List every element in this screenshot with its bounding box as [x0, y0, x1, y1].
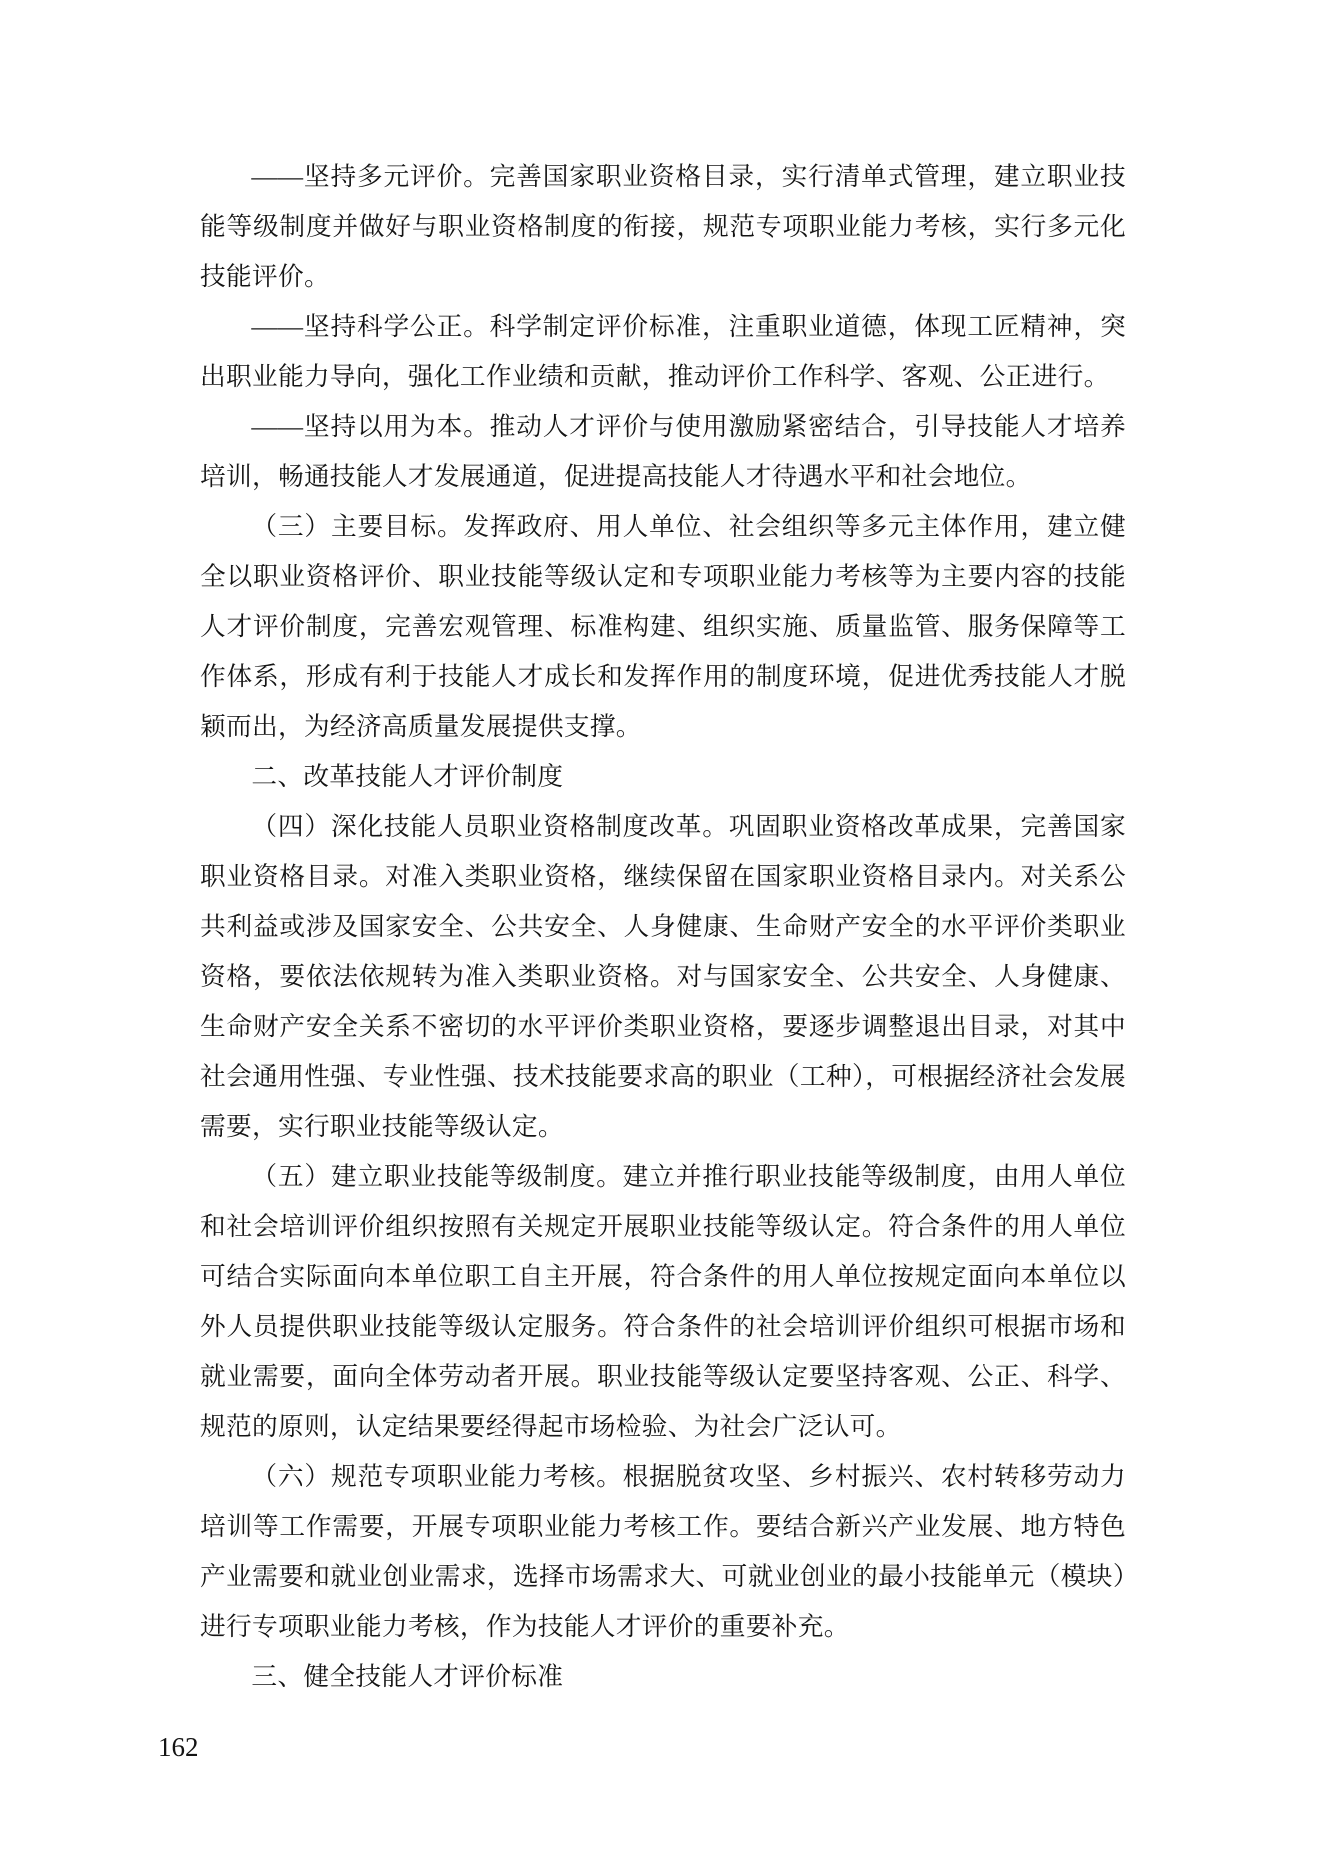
- document-body: ——坚持多元评价。完善国家职业资格目录，实行清单式管理，建立职业技能等级制度并做…: [200, 152, 1126, 1702]
- paragraph: ——坚持多元评价。完善国家职业资格目录，实行清单式管理，建立职业技能等级制度并做…: [200, 152, 1126, 302]
- section-heading: 三、健全技能人才评价标准: [200, 1652, 1126, 1702]
- paragraph: （六）规范专项职业能力考核。根据脱贫攻坚、乡村振兴、农村转移劳动力培训等工作需要…: [200, 1452, 1126, 1652]
- page-number: 162: [158, 1730, 199, 1764]
- paragraph: （五）建立职业技能等级制度。建立并推行职业技能等级制度，由用人单位和社会培训评价…: [200, 1152, 1126, 1452]
- paragraph: ——坚持科学公正。科学制定评价标准，注重职业道德，体现工匠精神，突出职业能力导向…: [200, 302, 1126, 402]
- paragraph: （三）主要目标。发挥政府、用人单位、社会组织等多元主体作用，建立健全以职业资格评…: [200, 502, 1126, 752]
- section-heading: 二、改革技能人才评价制度: [200, 752, 1126, 802]
- paragraph: （四）深化技能人员职业资格制度改革。巩固职业资格改革成果，完善国家职业资格目录。…: [200, 802, 1126, 1152]
- document-page: ——坚持多元评价。完善国家职业资格目录，实行清单式管理，建立职业技能等级制度并做…: [0, 0, 1323, 1871]
- paragraph: ——坚持以用为本。推动人才评价与使用激励紧密结合，引导技能人才培养培训，畅通技能…: [200, 402, 1126, 502]
